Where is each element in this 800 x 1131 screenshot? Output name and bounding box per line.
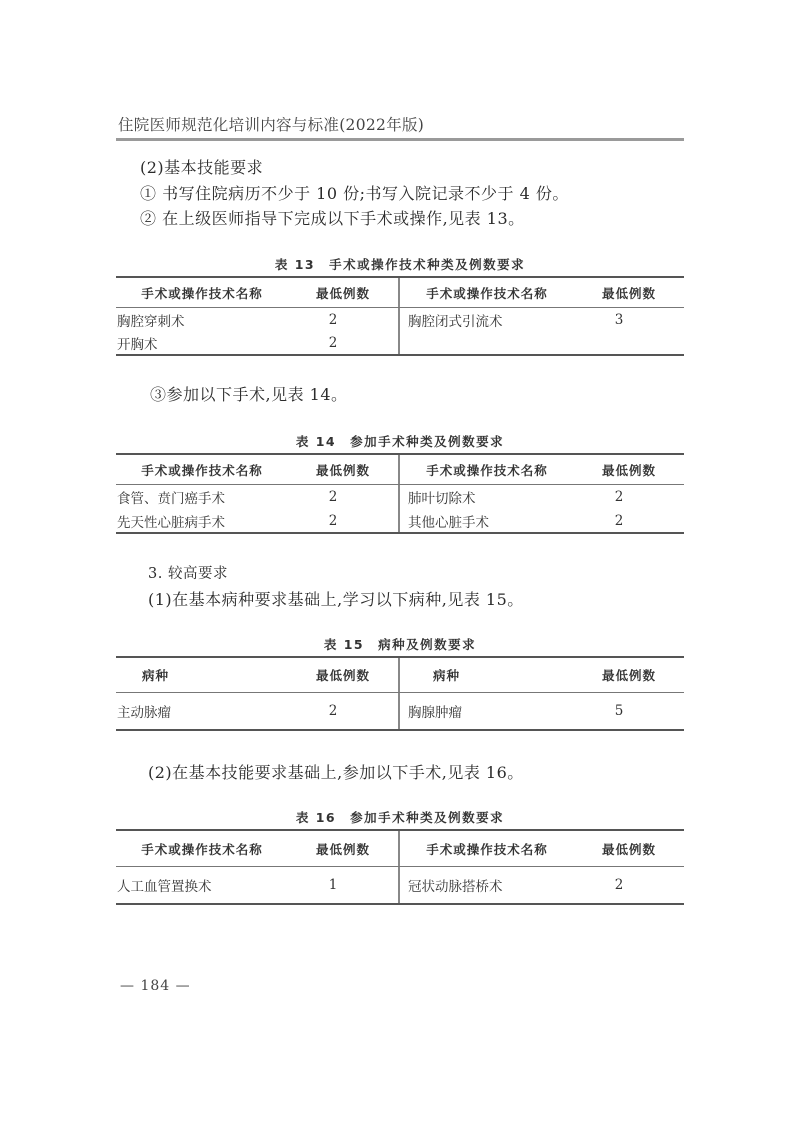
column-header-disease: 病种 [116, 658, 288, 692]
requirement-item-1: ① 书写住院病历不少于 10 份;书写入院记录不少于 4 份。 [140, 181, 569, 204]
running-header: 住院医师规范化培训内容与标准(2022年版) [118, 113, 424, 135]
min-count: 2 [288, 693, 398, 729]
procedure-name: 食管、贲门癌手术 [116, 485, 288, 509]
column-header-min-count: 最低例数 [574, 455, 684, 484]
table-13-caption: 表 13 手术或操作技术种类及例数要求 [116, 255, 684, 273]
column-header-min-count: 最低例数 [288, 831, 398, 866]
column-header-min-count: 最低例数 [574, 658, 684, 692]
page-number: — 184 — [120, 978, 191, 994]
column-header-min-count: 最低例数 [288, 278, 398, 307]
table-16-caption: 表 16 参加手术种类及例数要求 [116, 808, 684, 826]
table-14: 手术或操作技术名称 最低例数 手术或操作技术名称 最低例数 食管、贲门癌手术 2… [116, 453, 684, 534]
procedure-name: 冠状动脉搭桥术 [400, 867, 574, 903]
table-15: 病种 最低例数 病种 最低例数 主动脉瘤 2 胸腺肿瘤 5 [116, 656, 684, 731]
disease-name: 胸腺肿瘤 [400, 693, 574, 729]
table-header-row: 手术或操作技术名称 最低例数 手术或操作技术名称 最低例数 [116, 455, 684, 485]
table-row: 食管、贲门癌手术 2 肺叶切除术 2 [116, 485, 684, 509]
min-count [574, 331, 684, 354]
procedure-name: 开胸术 [116, 331, 288, 354]
column-header-name: 手术或操作技术名称 [400, 278, 574, 307]
disease-name: 主动脉瘤 [116, 693, 288, 729]
min-count: 5 [574, 693, 684, 729]
table-row: 人工血管置换术 1 冠状动脉搭桥术 2 [116, 867, 684, 903]
table-header-row: 手术或操作技术名称 最低例数 手术或操作技术名称 最低例数 [116, 278, 684, 308]
min-count: 2 [288, 308, 398, 331]
procedure-name: 胸腔闭式引流术 [400, 308, 574, 331]
procedure-name [400, 331, 574, 354]
table-13: 手术或操作技术名称 最低例数 手术或操作技术名称 最低例数 胸腔穿刺术 2 胸腔… [116, 276, 684, 356]
table-14-caption: 表 14 参加手术种类及例数要求 [116, 432, 684, 450]
table-header-row: 病种 最低例数 病种 最低例数 [116, 658, 684, 693]
min-count: 2 [288, 485, 398, 509]
column-header-min-count: 最低例数 [288, 658, 398, 692]
min-count: 2 [288, 509, 398, 532]
min-count: 2 [574, 867, 684, 903]
table-row: 主动脉瘤 2 胸腺肿瘤 5 [116, 693, 684, 729]
table-15-caption: 表 15 病种及例数要求 [116, 635, 684, 653]
table-16: 手术或操作技术名称 最低例数 手术或操作技术名称 最低例数 人工血管置换术 1 … [116, 829, 684, 905]
min-count: 2 [574, 485, 684, 509]
header-divider [116, 138, 684, 141]
column-header-name: 手术或操作技术名称 [400, 831, 574, 866]
table-row: 开胸术 2 [116, 331, 684, 354]
table-row: 先天性心脏病手术 2 其他心脏手术 2 [116, 509, 684, 532]
column-header-disease: 病种 [400, 658, 574, 692]
column-header-min-count: 最低例数 [574, 278, 684, 307]
column-header-name: 手术或操作技术名称 [116, 455, 288, 484]
requirement-item-3: ③参加以下手术,见表 14。 [150, 382, 348, 405]
column-header-min-count: 最低例数 [574, 831, 684, 866]
min-count: 3 [574, 308, 684, 331]
advanced-item-1: (1)在基本病种要求基础上,学习以下病种,见表 15。 [148, 587, 524, 610]
min-count: 1 [288, 867, 398, 903]
advanced-item-2: (2)在基本技能要求基础上,参加以下手术,见表 16。 [148, 760, 524, 783]
column-header-name: 手术或操作技术名称 [400, 455, 574, 484]
procedure-name: 人工血管置换术 [116, 867, 288, 903]
procedure-name: 其他心脏手术 [400, 509, 574, 532]
column-header-name: 手术或操作技术名称 [116, 831, 288, 866]
procedure-name: 先天性心脏病手术 [116, 509, 288, 532]
procedure-name: 肺叶切除术 [400, 485, 574, 509]
min-count: 2 [574, 509, 684, 532]
table-header-row: 手术或操作技术名称 最低例数 手术或操作技术名称 最低例数 [116, 831, 684, 867]
column-header-min-count: 最低例数 [288, 455, 398, 484]
min-count: 2 [288, 331, 398, 354]
requirement-item-2: ② 在上级医师指导下完成以下手术或操作,见表 13。 [140, 206, 525, 229]
column-header-name: 手术或操作技术名称 [116, 278, 288, 307]
table-row: 胸腔穿刺术 2 胸腔闭式引流术 3 [116, 308, 684, 331]
section-heading-advanced: 3. 较高要求 [148, 562, 228, 583]
section-heading-basic-skills: (2)基本技能要求 [140, 155, 263, 178]
procedure-name: 胸腔穿刺术 [116, 308, 288, 331]
